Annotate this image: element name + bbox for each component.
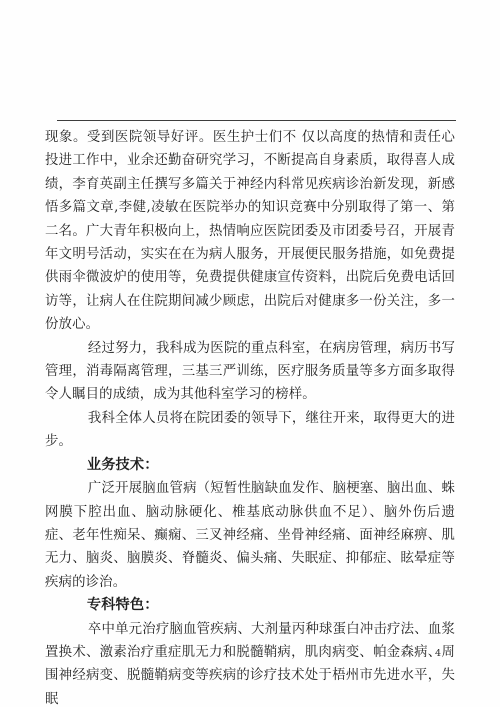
paragraph-outlook: 我科全体人员将在院团委的领导下，继往开来，取得更大的进步。 [45,407,455,454]
heading-specialty-features: 专科特色： [45,594,455,617]
paragraph-achievements: 经过努力，我科成为医院的重点科室，在病房管理，病历书写管理，消毒隔离管理，三基三… [45,337,455,407]
heading-business-techniques: 业务技术： [45,454,455,477]
paragraph-treatment-scope: 广泛开展脑血管病（短暂性脑缺血发作、脑梗塞、脑出血、蛛网膜下腔出血、脑动脉硬化、… [45,477,455,594]
header-separator-rule [57,120,456,121]
paragraph-specialty-techniques: 卒中单元治疗脑血管疾病、大剂量丙种球蛋白冲击疗法、血浆置换术、激素治疗重症肌无力… [45,618,455,707]
paragraph-continuation: 现象。受到医院领导好评。医生护士们不 仅以高度的热情和责任心投进工作中，业余还勤… [45,126,455,337]
document-page: 现象。受到医院领导好评。医生护士们不 仅以高度的热情和责任心投进工作中，业余还勤… [0,0,500,707]
page-number: 4 [431,648,445,660]
document-body: 现象。受到医院领导好评。医生护士们不 仅以高度的热情和责任心投进工作中，业余还勤… [45,126,455,707]
